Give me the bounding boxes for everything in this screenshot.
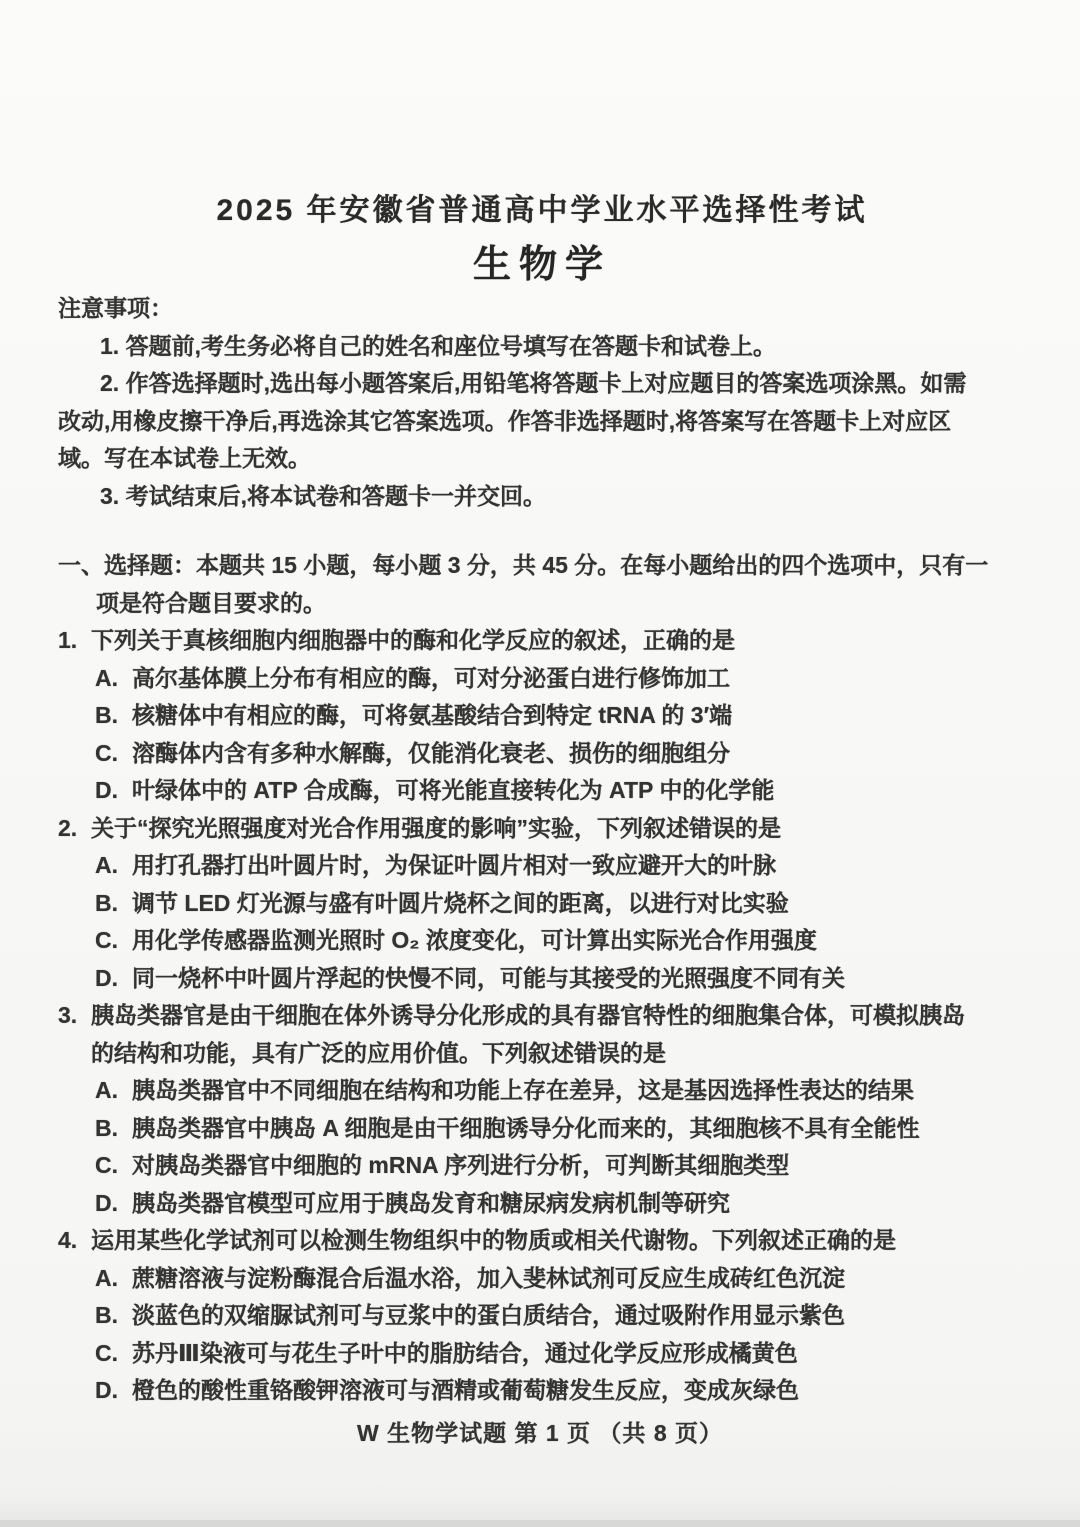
option-text: 对胰岛类器官中细胞的 mRNA 序列进行分析，可判断其细胞类型 [132, 1147, 789, 1185]
question-stem: 2. 关于“探究光照强度对光合作用强度的影响”实验，下列叙述错误的是 [58, 810, 1026, 848]
option-a: A. 用打孔器打出叶圆片时，为保证叶圆片相对一致应避开大的叶脉 [58, 847, 1026, 885]
question-stem-text: 运用某些化学试剂可以检测生物组织中的物质或相关代谢物。下列叙述正确的是 [91, 1222, 896, 1260]
option-label: B. [95, 697, 132, 735]
question-2: 2. 关于“探究光照强度对光合作用强度的影响”实验，下列叙述错误的是 A. 用打… [58, 810, 1026, 998]
option-text: 蔗糖溶液与淀粉酶混合后温水浴，加入斐林试剂可反应生成砖红色沉淀 [132, 1260, 845, 1298]
exam-title: 2025 年安徽省普通高中学业水平选择性考试 [58, 190, 1026, 232]
option-d: D. 同一烧杯中叶圆片浮起的快慢不同，可能与其接受的光照强度不同有关 [58, 960, 1026, 998]
option-text: 核糖体中有相应的酶，可将氨基酸结合到特定 tRNA 的 3′端 [132, 697, 732, 735]
question-3: 3. 胰岛类器官是由干细胞在体外诱导分化形成的具有器官特性的细胞集合体，可模拟胰… [58, 997, 1026, 1222]
option-text: 叶绿体中的 ATP 合成酶，可将光能直接转化为 ATP 中的化学能 [132, 772, 774, 810]
option-label: D. [95, 772, 132, 810]
option-text: 高尔基体膜上分布有相应的酶，可对分泌蛋白进行修饰加工 [132, 660, 730, 698]
option-text: 调节 LED 灯光源与盛有叶圆片烧杯之间的距离，以进行对比实验 [132, 885, 789, 923]
option-label: B. [95, 885, 132, 923]
exam-paper-page: 2025 年安徽省普通高中学业水平选择性考试 生物学 注意事项： 1. 答题前,… [0, 0, 1080, 1527]
option-label: D. [95, 960, 132, 998]
notice-section: 注意事项： 1. 答题前,考生务必将自己的姓名和座位号填写在答题卡和试卷上。 2… [58, 290, 1026, 515]
question-number: 2. [58, 810, 91, 848]
option-text: 用打孔器打出叶圆片时，为保证叶圆片相对一致应避开大的叶脉 [132, 847, 776, 885]
question-number: 3. [58, 997, 91, 1035]
option-label: D. [95, 1185, 132, 1223]
option-b: B. 淡蓝色的双缩脲试剂可与豆浆中的蛋白质结合，通过吸附作用显示紫色 [58, 1297, 1026, 1335]
option-text: 胰岛类器官中胰岛 A 细胞是由干细胞诱导分化而来的，其细胞核不具有全能性 [132, 1110, 920, 1148]
question-stem-text: 胰岛类器官是由干细胞在体外诱导分化形成的具有器官特性的细胞集合体，可模拟胰岛 [91, 997, 965, 1035]
option-text: 溶酶体内含有多种水解酶，仅能消化衰老、损伤的细胞组分 [132, 735, 730, 773]
option-text: 同一烧杯中叶圆片浮起的快慢不同，可能与其接受的光照强度不同有关 [132, 960, 845, 998]
option-b: B. 核糖体中有相应的酶，可将氨基酸结合到特定 tRNA 的 3′端 [58, 697, 1026, 735]
option-c: C. 用化学传感器监测光照时 O₂ 浓度变化，可计算出实际光合作用强度 [58, 922, 1026, 960]
option-d: D. 橙色的酸性重铬酸钾溶液可与酒精或葡萄糖发生反应，变成灰绿色 [58, 1372, 1026, 1410]
option-text: 胰岛类器官中不同细胞在结构和功能上存在差异，这是基因选择性表达的结果 [132, 1072, 914, 1110]
option-label: C. [95, 1147, 132, 1185]
section-header: 一、选择题：本题共 15 小题，每小题 3 分，共 45 分。在每小题给出的四个… [58, 547, 1026, 622]
notice-line: 2. 作答选择题时,选出每小题答案后,用铅笔将答题卡上对应题目的答案选项涂黑。如… [58, 365, 1026, 403]
option-label: A. [95, 1072, 132, 1110]
option-d: D. 胰岛类器官模型可应用于胰岛发育和糖尿病发病机制等研究 [58, 1185, 1026, 1223]
notice-line: 1. 答题前,考生务必将自己的姓名和座位号填写在答题卡和试卷上。 [58, 328, 1026, 366]
option-text: 用化学传感器监测光照时 O₂ 浓度变化，可计算出实际光合作用强度 [132, 922, 817, 960]
option-label: B. [95, 1110, 132, 1148]
option-label: C. [95, 1335, 132, 1373]
option-c: C. 溶酶体内含有多种水解酶，仅能消化衰老、损伤的细胞组分 [58, 735, 1026, 773]
question-number: 4. [58, 1222, 91, 1260]
option-label: D. [95, 1372, 132, 1410]
subject-title: 生物学 [58, 240, 1026, 290]
option-d: D. 叶绿体中的 ATP 合成酶，可将光能直接转化为 ATP 中的化学能 [58, 772, 1026, 810]
question-4: 4. 运用某些化学试剂可以检测生物组织中的物质或相关代谢物。下列叙述正确的是 A… [58, 1222, 1026, 1410]
option-b: B. 调节 LED 灯光源与盛有叶圆片烧杯之间的距离，以进行对比实验 [58, 885, 1026, 923]
option-label: B. [95, 1297, 132, 1335]
section-header-line: 项是符合题目要求的。 [58, 585, 1026, 623]
option-label: A. [95, 1260, 132, 1298]
question-stem-text: 下列关于真核细胞内细胞器中的酶和化学反应的叙述，正确的是 [91, 622, 735, 660]
notice-line: 3. 考试结束后,将本试卷和答题卡一并交回。 [58, 478, 1026, 516]
question-stem: 4. 运用某些化学试剂可以检测生物组织中的物质或相关代谢物。下列叙述正确的是 [58, 1222, 1026, 1260]
option-label: A. [95, 847, 132, 885]
page-content: 2025 年安徽省普通高中学业水平选择性考试 生物学 注意事项： 1. 答题前,… [58, 0, 1026, 1410]
scan-edge-bottom [0, 1520, 1080, 1527]
option-c: C. 苏丹Ⅲ染液可与花生子叶中的脂肪结合，通过化学反应形成橘黄色 [58, 1335, 1026, 1373]
notice-line: 改动,用橡皮擦干净后,再选涂其它答案选项。作答非选择题时,将答案写在答题卡上对应… [58, 403, 1026, 441]
section-header-line: 一、选择题：本题共 15 小题，每小题 3 分，共 45 分。在每小题给出的四个… [58, 547, 1026, 585]
option-text: 橙色的酸性重铬酸钾溶液可与酒精或葡萄糖发生反应，变成灰绿色 [132, 1372, 799, 1410]
question-stem-continuation: 的结构和功能，具有广泛的应用价值。下列叙述错误的是 [58, 1035, 1026, 1073]
option-c: C. 对胰岛类器官中细胞的 mRNA 序列进行分析，可判断其细胞类型 [58, 1147, 1026, 1185]
option-a: A. 胰岛类器官中不同细胞在结构和功能上存在差异，这是基因选择性表达的结果 [58, 1072, 1026, 1110]
option-label: C. [95, 735, 132, 773]
question-stem-text: 关于“探究光照强度对光合作用强度的影响”实验，下列叙述错误的是 [91, 810, 781, 848]
option-text: 淡蓝色的双缩脲试剂可与豆浆中的蛋白质结合，通过吸附作用显示紫色 [132, 1297, 845, 1335]
question-1: 1. 下列关于真核细胞内细胞器中的酶和化学反应的叙述，正确的是 A. 高尔基体膜… [58, 622, 1026, 810]
question-number: 1. [58, 622, 91, 660]
notice-heading: 注意事项： [58, 290, 1026, 328]
page-footer: W 生物学试题 第 1 页 （共 8 页） [0, 1414, 1080, 1452]
option-text: 苏丹Ⅲ染液可与花生子叶中的脂肪结合，通过化学反应形成橘黄色 [132, 1335, 798, 1373]
option-b: B. 胰岛类器官中胰岛 A 细胞是由干细胞诱导分化而来的，其细胞核不具有全能性 [58, 1110, 1026, 1148]
option-label: C. [95, 922, 132, 960]
question-stem: 1. 下列关于真核细胞内细胞器中的酶和化学反应的叙述，正确的是 [58, 622, 1026, 660]
option-a: A. 蔗糖溶液与淀粉酶混合后温水浴，加入斐林试剂可反应生成砖红色沉淀 [58, 1260, 1026, 1298]
option-a: A. 高尔基体膜上分布有相应的酶，可对分泌蛋白进行修饰加工 [58, 660, 1026, 698]
option-label: A. [95, 660, 132, 698]
notice-line: 域。写在本试卷上无效。 [58, 440, 1026, 478]
option-text: 胰岛类器官模型可应用于胰岛发育和糖尿病发病机制等研究 [132, 1185, 730, 1223]
question-stem: 3. 胰岛类器官是由干细胞在体外诱导分化形成的具有器官特性的细胞集合体，可模拟胰… [58, 997, 1026, 1035]
